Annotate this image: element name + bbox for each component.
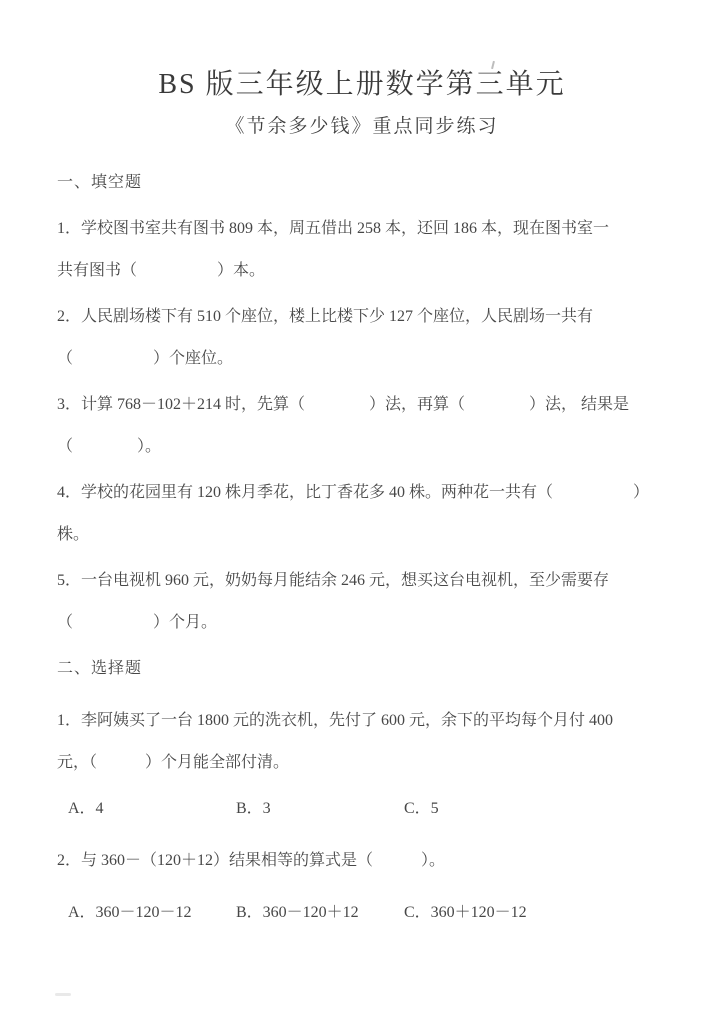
choice-question-2-options: A．360－120－12 B．360－120＋12 C．360＋120－12 xyxy=(57,892,674,934)
section-heading-text: 一、填空题 xyxy=(57,162,674,204)
fill-question-1: 1．学校图书室共有图书 809 本，周五借出 258 本，还回 186 本，现在… xyxy=(57,208,674,292)
worksheet-content: 一、填空题 1．学校图书室共有图书 809 本，周五借出 258 本，还回 18… xyxy=(0,162,724,934)
fill-question-5: 5．一台电视机 960 元，奶奶每月能结余 246 元，想买这台电视机，至少需要… xyxy=(57,560,674,644)
question-line: 2．人民剧场楼下有 510 个座位，楼上比楼下少 127 个座位，人民剧场一共有 xyxy=(57,296,674,338)
option-c: C．360＋120－12 xyxy=(404,892,674,934)
question-line: 共有图书（ ）本。 xyxy=(57,250,674,292)
fill-question-3: 3．计算 768－102＋214 时，先算（ ）法，再算（ ）法， 结果是 （ … xyxy=(57,384,674,468)
scan-artifact-smudge xyxy=(55,993,71,996)
choice-question-2: 2．与 360－（120＋12）结果相等的算式是（ ）。 xyxy=(57,840,674,882)
page-title: BS 版三年级上册数学第三单元 xyxy=(0,66,724,104)
option-c: C．5 xyxy=(404,788,674,830)
question-line: （ ）。 xyxy=(57,426,674,468)
question-line: 元，（ ）个月能全部付清。 xyxy=(57,742,674,784)
question-line: （ ）个月。 xyxy=(57,602,674,644)
question-line: 1．李阿姨买了一台 1800 元的洗衣机，先付了 600 元，余下的平均每个月付… xyxy=(57,700,674,742)
question-line: 5．一台电视机 960 元，奶奶每月能结余 246 元，想买这台电视机，至少需要… xyxy=(57,560,674,602)
fill-question-2: 2．人民剧场楼下有 510 个座位，楼上比楼下少 127 个座位，人民剧场一共有… xyxy=(57,296,674,380)
choice-question-1-options: A．4 B．3 C．5 xyxy=(57,788,674,830)
choice-question-1: 1．李阿姨买了一台 1800 元的洗衣机，先付了 600 元，余下的平均每个月付… xyxy=(57,700,674,784)
worksheet-page: BS 版三年级上册数学第三单元 《节余多少钱》重点同步练习 一、填空题 1．学校… xyxy=(0,0,724,1024)
option-b: B．3 xyxy=(236,788,404,830)
question-line: （ ）个座位。 xyxy=(57,338,674,380)
section-heading-multiple-choice: 二、选择题 xyxy=(57,648,674,690)
option-a: A．360－120－12 xyxy=(68,892,236,934)
option-a: A．4 xyxy=(68,788,236,830)
question-line: 2．与 360－（120＋12）结果相等的算式是（ ）。 xyxy=(57,840,674,882)
question-line: 4．学校的花园里有 120 株月季花，比丁香花多 40 株。两种花一共有（ ） xyxy=(57,472,674,514)
page-subtitle: 《节余多少钱》重点同步练习 xyxy=(0,112,724,142)
question-line: 3．计算 768－102＋214 时，先算（ ）法，再算（ ）法， 结果是 xyxy=(57,384,674,426)
question-line: 株。 xyxy=(57,514,674,556)
question-line: 1．学校图书室共有图书 809 本，周五借出 258 本，还回 186 本，现在… xyxy=(57,208,674,250)
section-heading-fill-in-blanks: 一、填空题 xyxy=(57,162,674,204)
option-b: B．360－120＋12 xyxy=(236,892,404,934)
fill-question-4: 4．学校的花园里有 120 株月季花，比丁香花多 40 株。两种花一共有（ ） … xyxy=(57,472,674,556)
section-heading-text: 二、选择题 xyxy=(57,648,674,690)
